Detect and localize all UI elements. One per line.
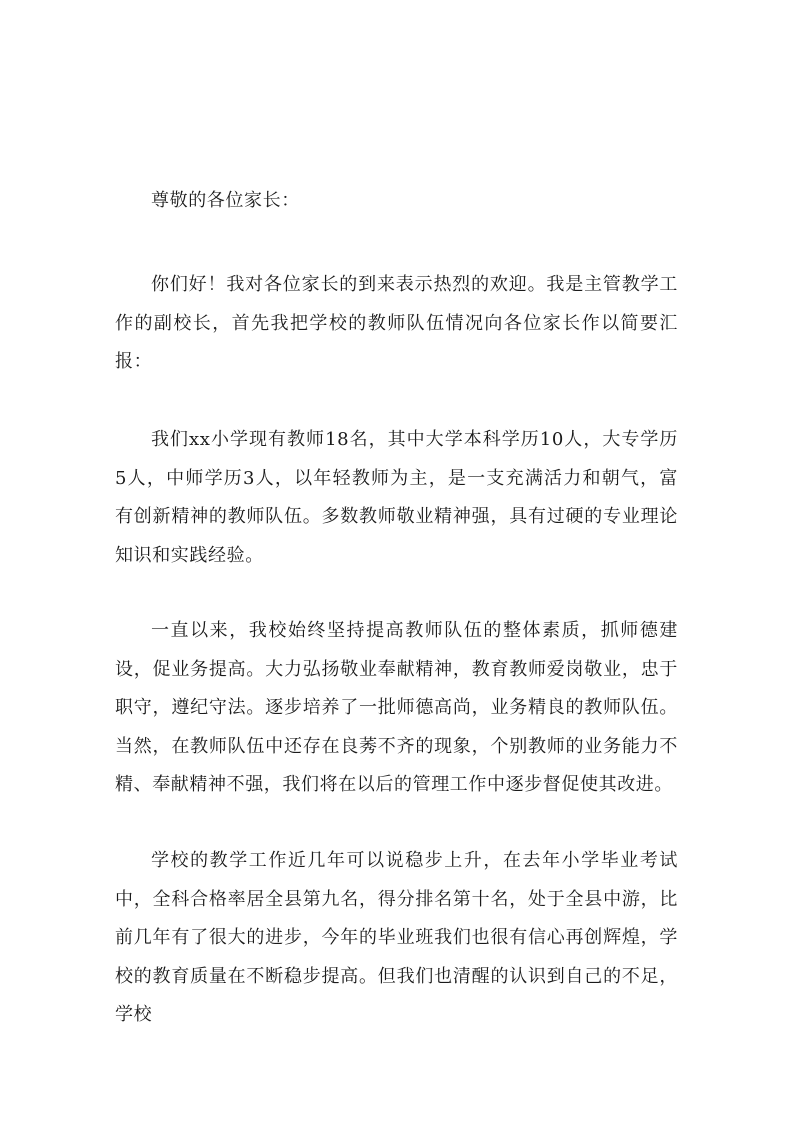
paragraph-staff-development: 一直以来，我校始终坚持提高教师队伍的整体素质，抓师德建设，促业务提高。大力弘扬敬…	[115, 612, 678, 805]
salutation: 尊敬的各位家长：	[115, 182, 678, 221]
paragraph-teaching-results: 学校的教学工作近几年可以说稳步上升，在去年小学毕业考试中，全科合格率居全县第九名…	[115, 842, 678, 1035]
paragraph-greeting: 你们好！我对各位家长的到来表示热烈的欢迎。我是主管教学工作的副校长，首先我把学校…	[115, 266, 678, 382]
paragraph-staff-overview: 我们xx小学现有教师18名，其中大学本科学历10人，大专学历5人，中师学历3人，…	[115, 421, 678, 575]
